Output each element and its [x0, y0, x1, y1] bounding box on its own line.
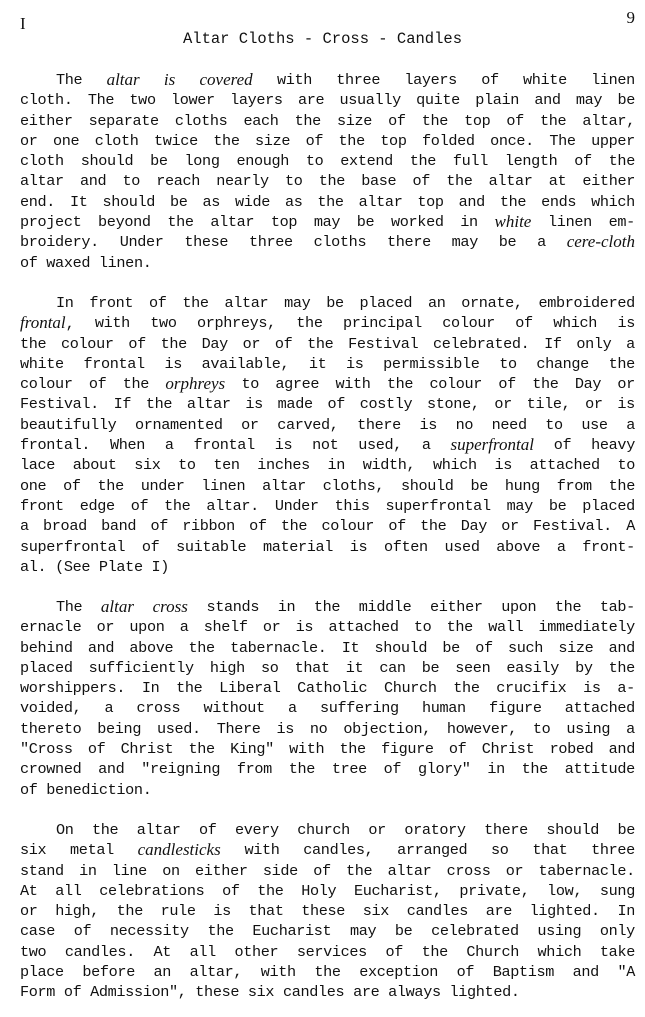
- word-text: attached: [328, 618, 398, 636]
- word: it: [309, 354, 327, 374]
- word: The: [88, 90, 114, 110]
- word: altar: [359, 192, 403, 212]
- word: orphreys: [165, 374, 225, 394]
- word-text: and: [88, 639, 114, 657]
- word-text: or: [617, 375, 635, 393]
- word-text: oratory: [404, 821, 465, 839]
- word: width,: [363, 455, 416, 475]
- word-text: base: [361, 172, 396, 190]
- word: which: [538, 942, 582, 962]
- word: as: [285, 192, 303, 212]
- word: (See: [55, 557, 99, 577]
- word: crucifix: [496, 678, 566, 698]
- word-text: edge: [80, 497, 115, 515]
- word: the: [500, 192, 526, 212]
- text-line: eitherseparateclothseachthesizeofthetopo…: [20, 111, 635, 131]
- word-text: with: [261, 963, 296, 981]
- page-title: Altar Cloths - Cross - Candles: [0, 30, 645, 48]
- word-text: that: [249, 902, 284, 920]
- word: church: [297, 820, 350, 840]
- word: ten: [213, 455, 239, 475]
- text-line: sixmetalcandlestickswithcandles,arranged…: [20, 840, 635, 860]
- text-line: end.Itshouldbeaswideasthealtartopandthee…: [20, 192, 635, 212]
- word: of: [128, 334, 146, 354]
- word-text: When: [110, 436, 145, 454]
- word-text: Holy: [301, 882, 336, 900]
- emphasis: altar: [107, 70, 140, 89]
- word-text: Christ: [482, 740, 535, 758]
- word: to: [414, 617, 432, 637]
- word-text: an: [154, 963, 172, 981]
- word: layers: [404, 70, 457, 90]
- word-text: and: [80, 172, 106, 190]
- word: with: [335, 374, 370, 394]
- emphasis: is: [164, 70, 175, 89]
- word: of: [449, 739, 467, 759]
- word-text: top: [380, 132, 406, 150]
- word-text: layers: [230, 91, 283, 109]
- word: not: [312, 435, 338, 455]
- word: may: [507, 496, 533, 516]
- word: is: [617, 394, 635, 414]
- word-text: altar: [359, 193, 403, 211]
- word-text: ornamented: [135, 416, 223, 434]
- word: all: [55, 881, 81, 901]
- word: from: [237, 759, 272, 779]
- word-text: of: [412, 172, 430, 190]
- word-text: celebrated.: [433, 335, 529, 353]
- word-text: Form: [20, 983, 55, 1001]
- word: the: [319, 171, 345, 191]
- word: line: [112, 861, 147, 881]
- word: be: [470, 476, 488, 496]
- word-text: other: [234, 943, 278, 961]
- word: of: [385, 942, 403, 962]
- word-text: either: [195, 862, 248, 880]
- word-text: tabernacle.: [539, 862, 635, 880]
- word-text: so: [261, 659, 279, 677]
- word: should: [546, 820, 599, 840]
- word: or: [97, 617, 115, 637]
- word-text: three: [591, 841, 635, 859]
- word-text: superfrontal: [386, 497, 491, 515]
- text-line: Festival.Ifthealtarismadeofcostlystone,o…: [20, 394, 635, 414]
- word-text: metal: [70, 841, 114, 859]
- word-text: the: [289, 760, 315, 778]
- word-text: the: [540, 112, 566, 130]
- word-text: or: [501, 517, 519, 535]
- word: altar: [107, 70, 140, 90]
- word-text: top: [417, 193, 443, 211]
- word: sufficiently: [89, 658, 194, 678]
- word-text: be: [326, 294, 344, 312]
- word: or: [243, 334, 261, 354]
- word-text: be: [499, 233, 517, 251]
- word: the: [609, 354, 635, 374]
- word-text: lower: [171, 91, 215, 109]
- word: private,: [459, 881, 529, 901]
- word: should: [375, 638, 428, 658]
- word: altar: [137, 820, 181, 840]
- word-text: so: [491, 841, 509, 859]
- word-text: be: [617, 91, 635, 109]
- word-text: linen: [201, 477, 245, 495]
- word: human: [422, 698, 466, 718]
- word: the: [207, 921, 233, 941]
- word: "A: [617, 962, 635, 982]
- word-text: a: [288, 699, 297, 717]
- word: a: [626, 719, 635, 739]
- word: Under: [275, 496, 319, 516]
- word-text: suitable: [176, 538, 246, 556]
- word: Day: [575, 374, 601, 394]
- word: In: [142, 678, 160, 698]
- word: candlesticks: [138, 840, 221, 860]
- word: to: [178, 455, 196, 475]
- word: heavy: [591, 435, 635, 455]
- word-text: of: [128, 335, 146, 353]
- word-text: of: [515, 314, 533, 332]
- word: used.: [157, 719, 201, 739]
- word: is: [346, 354, 364, 374]
- word-text: quite: [416, 91, 460, 109]
- word: the: [314, 597, 340, 617]
- word-text: altar: [137, 821, 181, 839]
- word-text: It: [70, 193, 88, 211]
- word-text: the: [295, 112, 321, 130]
- word: this: [335, 496, 370, 516]
- word-text: Day: [461, 517, 487, 535]
- word: upper: [591, 131, 635, 151]
- word: nearly: [216, 171, 269, 191]
- word-text: as: [202, 193, 220, 211]
- word: about: [73, 455, 117, 475]
- word: of: [63, 476, 81, 496]
- text-line: placedsufficientlyhighsothatitcanbeseene…: [20, 658, 635, 678]
- word-text: the: [422, 112, 448, 130]
- word: low,: [547, 881, 582, 901]
- word: of: [498, 374, 516, 394]
- text-line: voided,acrosswithoutasufferinghumanfigur…: [20, 698, 635, 718]
- word: these: [184, 232, 228, 252]
- word: attitude: [565, 759, 635, 779]
- word: Liberal: [219, 678, 280, 698]
- paragraph-candlesticks: Onthealtarofeverychurchororatorytheresho…: [20, 820, 635, 1003]
- word-text: is: [617, 395, 635, 413]
- word-text: the: [453, 679, 479, 697]
- word: side: [263, 861, 298, 881]
- word: need: [492, 415, 527, 435]
- text-line: whitefrontalisavailable,itispermissiblet…: [20, 354, 635, 374]
- word-text: permissible: [383, 355, 479, 373]
- word: or: [20, 901, 38, 921]
- word: with: [289, 739, 324, 759]
- word: folded: [422, 131, 475, 151]
- word-text: may: [576, 91, 602, 109]
- word-text: waxed: [46, 254, 90, 272]
- text-line: superfrontalofsuitablematerialisoftenuse…: [20, 537, 635, 557]
- word: arranged: [397, 840, 467, 860]
- word: or: [20, 131, 38, 151]
- word: the: [164, 496, 190, 516]
- word-text: be: [549, 497, 567, 515]
- word: from: [557, 476, 592, 496]
- word-text: change: [536, 355, 589, 373]
- word: the: [340, 739, 366, 759]
- word: enough: [236, 151, 289, 171]
- word: On: [56, 820, 74, 840]
- word: of: [313, 861, 331, 881]
- word: Day: [202, 334, 228, 354]
- word-text: top: [464, 112, 490, 130]
- word-text: top: [271, 213, 297, 231]
- word: "Cross: [20, 739, 73, 759]
- word-text: the: [319, 172, 345, 190]
- word-text: hung: [505, 477, 540, 495]
- word: hung: [505, 476, 540, 496]
- word-text: six: [20, 841, 46, 859]
- word-text: to: [533, 720, 551, 738]
- word: which: [553, 313, 597, 333]
- word: shelf: [204, 617, 248, 637]
- word-text: is: [350, 538, 368, 556]
- word-text: and: [459, 193, 485, 211]
- word-text: At: [20, 882, 38, 900]
- word-text: usually: [340, 91, 401, 109]
- word-text: size: [558, 639, 593, 657]
- word: which: [591, 192, 635, 212]
- word-text: under: [141, 477, 185, 495]
- word: the: [555, 597, 581, 617]
- emphasis: cross: [153, 597, 188, 616]
- word-text: colour: [442, 314, 495, 332]
- word: to: [617, 455, 635, 475]
- word: either: [20, 111, 73, 131]
- word-text: to: [414, 618, 432, 636]
- word-text: Eucharist,: [354, 882, 442, 900]
- word-text: linen: [548, 213, 592, 231]
- word-text: principal: [343, 314, 422, 332]
- word-text: long: [185, 152, 220, 170]
- word: The: [56, 70, 82, 90]
- word: lower: [171, 90, 215, 110]
- word: front-: [582, 537, 635, 557]
- word: of: [149, 293, 167, 313]
- word-text: three: [336, 71, 380, 89]
- word: Form: [20, 982, 64, 1002]
- word-text: is: [420, 416, 438, 434]
- word-text: frontal: [83, 355, 144, 373]
- word-text: or: [20, 902, 38, 920]
- word: beyond: [98, 212, 151, 232]
- word: of: [74, 921, 92, 941]
- word: figure: [489, 698, 542, 718]
- word-text: size: [255, 132, 290, 150]
- word-text: wide: [235, 193, 270, 211]
- word: tile,: [527, 394, 571, 414]
- word: ornate,: [461, 293, 522, 313]
- word-text: may: [314, 213, 340, 231]
- word-text: altar.: [206, 497, 259, 515]
- word-text: altar: [210, 213, 254, 231]
- word-text: The: [549, 132, 575, 150]
- word-text: Festival: [348, 335, 418, 353]
- word-text: only: [600, 922, 635, 940]
- word-text: celebrated: [431, 922, 519, 940]
- word-text: of: [149, 294, 167, 312]
- word-text: which: [433, 456, 477, 474]
- word-text: with: [335, 375, 370, 393]
- word: is: [213, 901, 231, 921]
- word-text: often: [384, 538, 428, 556]
- word-text: of: [150, 517, 168, 535]
- word-text: before: [82, 963, 135, 981]
- word: immediately: [539, 617, 635, 637]
- word: and: [534, 90, 560, 110]
- word: layers: [230, 90, 283, 110]
- word: which: [433, 455, 477, 475]
- word-text: of: [20, 254, 38, 272]
- text-line: placebeforeanaltar,withtheexceptionofBap…: [20, 962, 635, 982]
- word: should: [102, 192, 155, 212]
- word: In: [56, 293, 74, 313]
- word-text: "reigning: [141, 760, 220, 778]
- word: costly: [360, 394, 413, 414]
- word-text: altar,: [582, 112, 635, 130]
- word-text: superfrontal: [20, 538, 125, 556]
- word: in: [79, 861, 97, 881]
- word: the: [167, 212, 193, 232]
- word: case: [20, 921, 55, 941]
- word: to: [306, 151, 324, 171]
- word: should: [401, 476, 454, 496]
- word: and: [80, 171, 106, 191]
- word-text: the: [410, 152, 436, 170]
- text-line: clothshouldbelongenoughtoextendthefullle…: [20, 151, 635, 171]
- word: however,: [447, 719, 517, 739]
- word-text: the: [387, 375, 413, 393]
- word-text: be: [470, 477, 488, 495]
- word-text: cross: [447, 862, 491, 880]
- word-text: use: [581, 416, 607, 434]
- word-text: tile,: [527, 395, 571, 413]
- word: the: [387, 374, 413, 394]
- word-text: heavy: [591, 436, 635, 454]
- word: the: [98, 476, 124, 496]
- text-line: frontal.Whenafrontalisnotused,asuperfron…: [20, 435, 635, 455]
- word: King": [230, 739, 274, 759]
- word: altar,: [190, 962, 243, 982]
- word: of: [150, 516, 168, 536]
- word: used: [445, 537, 480, 557]
- word: exception: [359, 962, 438, 982]
- word-text: of: [506, 112, 524, 130]
- word: Church: [384, 678, 437, 698]
- word-text: arranged: [397, 841, 467, 859]
- word-text: front: [89, 294, 133, 312]
- word-text: or: [585, 395, 603, 413]
- word-text: there: [387, 233, 431, 251]
- word: high,: [55, 901, 99, 921]
- word-text: to: [545, 416, 563, 434]
- word-text: of: [88, 740, 106, 758]
- word: al.: [20, 557, 55, 577]
- word: is: [164, 354, 182, 374]
- text-line: colouroftheorphreystoagreewiththecolouro…: [20, 374, 635, 394]
- word-text: lace: [20, 456, 55, 474]
- word: broad: [43, 516, 87, 536]
- word-text: in: [79, 862, 97, 880]
- word: of: [131, 496, 149, 516]
- word-text: the: [161, 335, 187, 353]
- word-text: ,: [66, 315, 75, 333]
- word-text: On: [56, 821, 74, 839]
- word-text: enough: [236, 152, 289, 170]
- word: top: [271, 212, 297, 232]
- word-text: need: [492, 416, 527, 434]
- word-text: always: [388, 983, 441, 1001]
- word-text: is: [296, 618, 314, 636]
- word-text: above: [496, 538, 540, 556]
- word-text: King": [230, 740, 274, 758]
- word-text: tabernacle.: [230, 639, 326, 657]
- word: easily: [506, 658, 559, 678]
- word-text: lighted.: [530, 902, 600, 920]
- word-text: private,: [459, 882, 529, 900]
- word-text: may: [284, 294, 310, 312]
- word-text: which: [591, 193, 635, 211]
- word-text: Eucharist: [252, 922, 331, 940]
- word-text: upon: [129, 618, 164, 636]
- word: front: [20, 496, 64, 516]
- word: candles: [283, 982, 353, 1002]
- word-text: attitude: [565, 760, 635, 778]
- word: of: [20, 780, 46, 800]
- word-text: cloths,: [323, 477, 384, 495]
- text-line: orhigh,theruleisthatthesesixcandlesareli…: [20, 901, 635, 921]
- word: to: [241, 374, 259, 394]
- word-text: cloth.: [20, 91, 73, 109]
- word: seen: [455, 658, 490, 678]
- text-line: standinlineoneithersideofthealtarcrossor…: [20, 861, 635, 881]
- word: ernacle: [20, 617, 81, 637]
- word: stone,: [427, 394, 480, 414]
- word: all: [190, 942, 216, 962]
- word: and: [459, 192, 485, 212]
- word-text: of: [64, 983, 82, 1001]
- word: three: [591, 840, 635, 860]
- word-text: either: [20, 112, 73, 130]
- word: cross: [447, 861, 491, 881]
- word: may: [350, 921, 376, 941]
- word-text: placed: [582, 497, 635, 515]
- word-text: the: [447, 618, 473, 636]
- word: of: [506, 111, 524, 131]
- word: the: [296, 313, 322, 333]
- word: the: [146, 394, 172, 414]
- word-text: an: [428, 294, 446, 312]
- word-text: the: [167, 213, 193, 231]
- word-text: placed: [20, 659, 73, 677]
- word-text: Festival.: [20, 395, 99, 413]
- word-text: line: [112, 862, 147, 880]
- word: above: [129, 638, 173, 658]
- word-text: of: [327, 395, 345, 413]
- word: take: [600, 942, 635, 962]
- word-text: and: [609, 639, 635, 657]
- word: colour: [61, 334, 114, 354]
- word: of: [574, 151, 592, 171]
